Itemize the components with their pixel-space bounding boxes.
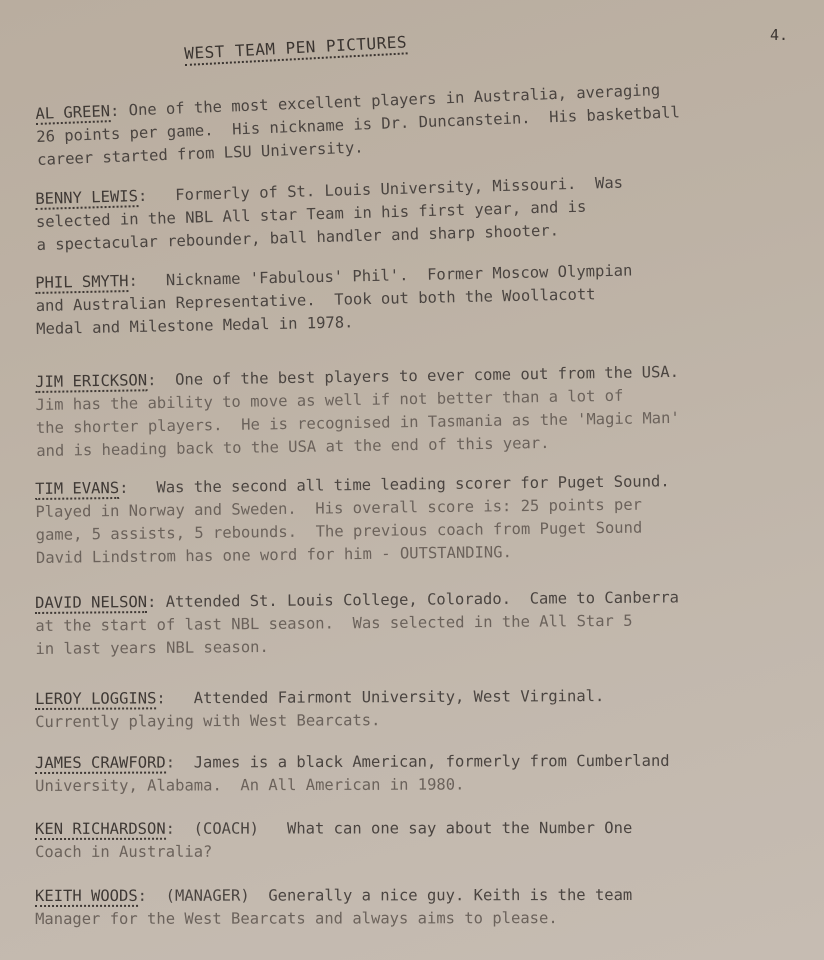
entry-text: and is heading back to the USA at the en… [36, 434, 549, 460]
typed-page: 4. WEST TEAM PEN PICTURES AL GREEN: One … [0, 0, 824, 960]
entry-line: Coach in Australia? [35, 840, 805, 864]
player-entry: PHIL SMYTH: Nickname 'Fabulous' Phil'. F… [35, 256, 806, 341]
page-number: 4. [770, 26, 788, 44]
entry-text: game, 5 assists, 5 rebounds. The previou… [36, 519, 643, 544]
entry-text: at the start of last NBL season. Was sel… [35, 612, 632, 635]
entry-text: Currently playing with West Bearcats. [35, 711, 380, 731]
entry-text: David Lindstrom has one word for him - O… [36, 543, 512, 567]
entry-line: KEN RICHARDSON: (COACH) What can one say… [35, 817, 805, 841]
player-entry: TIM EVANS: Was the second all time leadi… [35, 469, 806, 570]
player-entry: JAMES CRAWFORD: James is a black America… [35, 749, 805, 798]
entry-text: : (COACH) What can one say about the Num… [166, 819, 633, 838]
player-entry: KEITH WOODS: (MANAGER) Generally a nice … [35, 884, 805, 931]
entry-text: : Attended St. Louis College, Colorado. … [147, 588, 679, 611]
player-entry: DAVID NELSON: Attended St. Louis College… [35, 585, 806, 661]
player-entry: JIM ERICKSON: One of the best players to… [35, 359, 806, 463]
player-name: PHIL SMYTH [35, 272, 129, 294]
player-name: AL GREEN [35, 102, 110, 125]
entry-line: KEITH WOODS: (MANAGER) Generally a nice … [35, 884, 805, 908]
entry-line: Currently playing with West Bearcats. [35, 707, 805, 734]
player-entry: AL GREEN: One of the most excellent play… [35, 73, 807, 172]
entry-text: Medal and Milestone Medal in 1978. [36, 313, 354, 338]
player-entry: BENNY LEWIS: Formerly of St. Louis Unive… [35, 167, 807, 257]
player-name: DAVID NELSON [35, 593, 147, 614]
player-name: LEROY LOGGINS [35, 689, 156, 710]
entry-text: Coach in Australia? [35, 843, 212, 861]
player-name: TIM EVANS [35, 479, 119, 500]
player-name: JAMES CRAWFORD [35, 754, 166, 774]
entry-line: University, Alabama. An All American in … [35, 772, 805, 798]
entry-text: University, Alabama. An All American in … [35, 776, 464, 795]
player-name: BENNY LEWIS [35, 187, 138, 210]
player-name: KEITH WOODS [35, 887, 138, 907]
entry-text: : James is a black American, formerly fr… [166, 752, 670, 772]
page-title: WEST TEAM PEN PICTURES [184, 32, 408, 66]
player-entry: KEN RICHARDSON: (COACH) What can one say… [35, 817, 805, 864]
player-entry: LEROY LOGGINS: Attended Fairmont Univers… [35, 684, 805, 734]
entry-line: Manager for the West Bearcats and always… [35, 907, 805, 931]
entry-text: Manager for the West Bearcats and always… [35, 909, 558, 928]
player-name: KEN RICHARDSON [35, 820, 166, 840]
player-name: JIM ERICKSON [35, 371, 147, 393]
entry-line: JAMES CRAWFORD: James is a black America… [35, 749, 805, 775]
entry-text: : (MANAGER) Generally a nice guy. Keith … [138, 886, 633, 905]
entry-text: in last years NBL season. [35, 638, 268, 658]
entry-text: : Attended Fairmont University, West Vir… [156, 687, 604, 707]
